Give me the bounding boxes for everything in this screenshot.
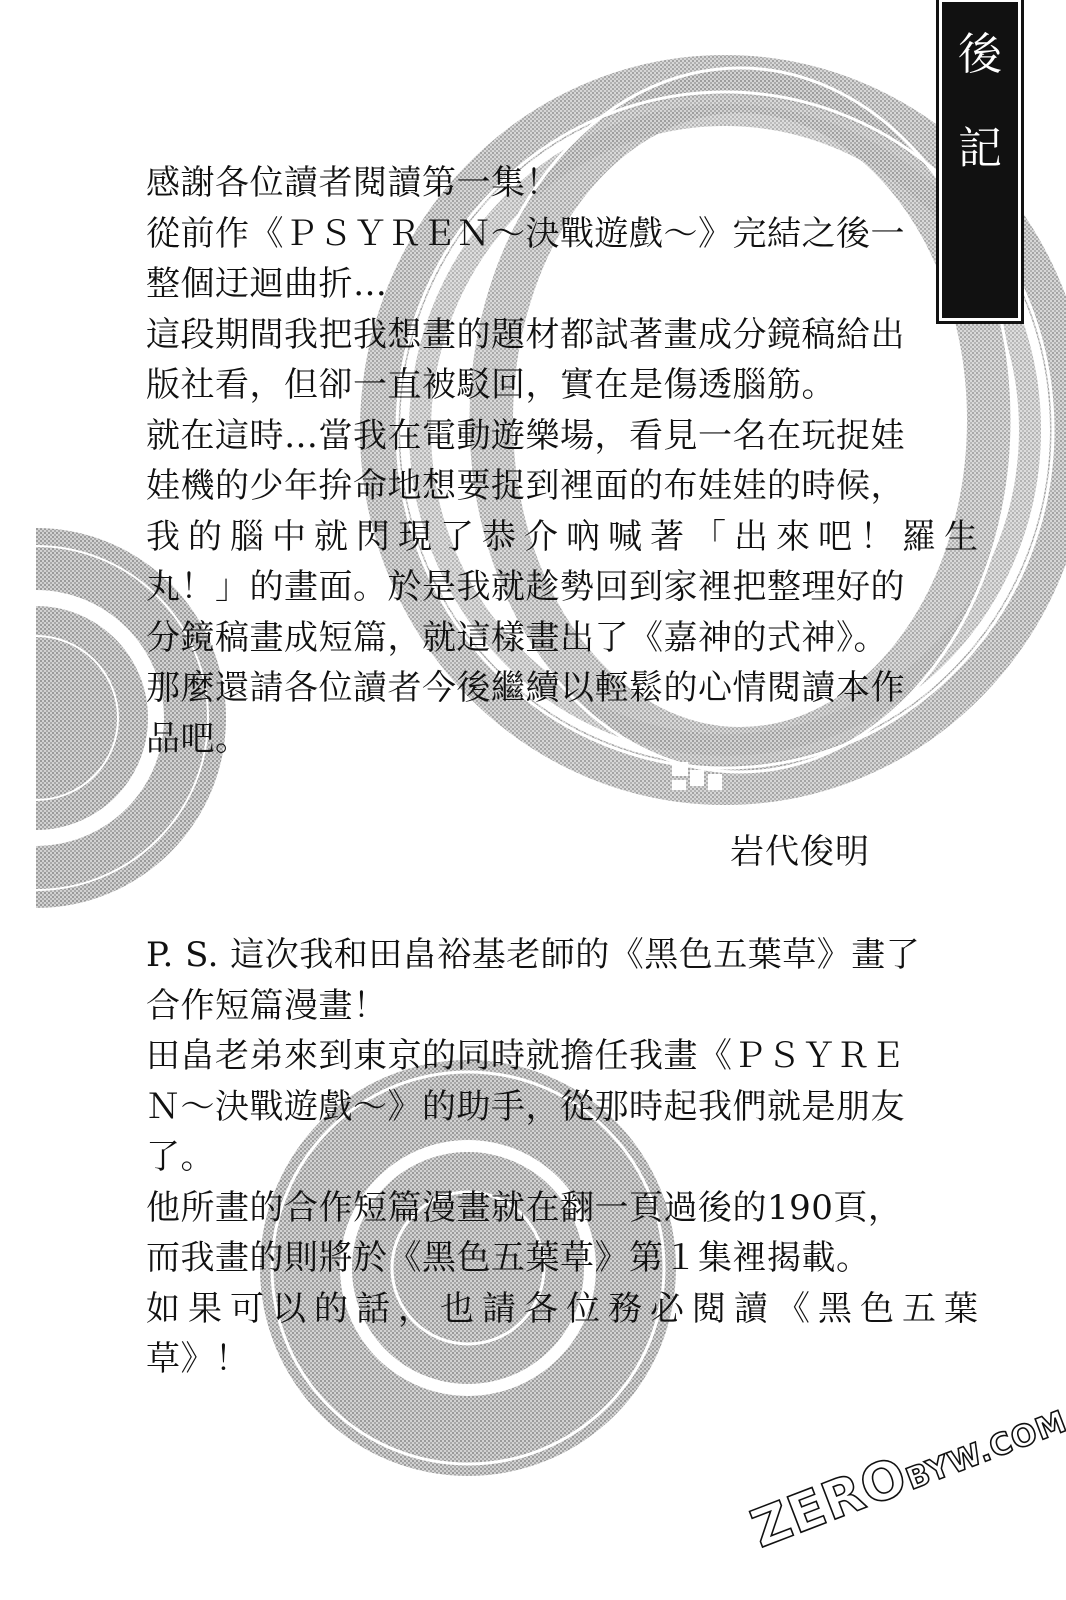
body-line: 這段期間我把我想畫的題材都試著畫成分鏡稿給出 <box>146 310 906 361</box>
body-line: 從前作《ＰＳＹＲＥＮ～決戰遊戲～》完結之後一 <box>146 209 906 260</box>
ps-line: 如果可以的話，也請各位務必閱讀《黑色五葉 <box>146 1284 906 1335</box>
ps-line: 草》！ <box>146 1334 906 1385</box>
body-line: 版社看，但卻一直被駁回，實在是傷透腦筋。 <box>146 360 906 411</box>
postscript-body: P. S. 這次我和田畠裕基老師的《黑色五葉草》畫了 合作短篇漫畫！ 田畠老弟來… <box>146 930 906 1385</box>
body-line: 我的腦中就閃現了恭介吶喊著「出來吧！羅生 <box>146 512 906 563</box>
body-line: 那麼還請各位讀者今後繼續以輕鬆的心情閱讀本作 <box>146 663 906 714</box>
body-line: 整個迂迴曲折… <box>146 259 906 310</box>
ps-line: 田畠老弟來到東京的同時就擔任我畫《ＰＳＹＲＥ <box>146 1031 906 1082</box>
ps-line: 他所畫的合作短篇漫畫就在翻一頁過後的190頁， <box>146 1183 906 1234</box>
afterword-title-box: 後 記 <box>936 0 1024 324</box>
ps-line: P. S. 這次我和田畠裕基老師的《黑色五葉草》畫了 <box>146 930 906 981</box>
body-line: 娃機的少年拚命地想要捉到裡面的布娃娃的時候， <box>146 461 906 512</box>
body-line: 感謝各位讀者閱讀第一集！ <box>146 158 906 209</box>
title-char-1: 後 <box>958 33 1002 77</box>
ps-line: 合作短篇漫畫！ <box>146 981 906 1032</box>
ps-line: 了。 <box>146 1132 906 1183</box>
ps-line: Ｎ～決戰遊戲～》的助手，從那時起我們就是朋友 <box>146 1082 906 1133</box>
body-line: 品吧。 <box>146 714 906 765</box>
afterword-body: 感謝各位讀者閱讀第一集！ 從前作《ＰＳＹＲＥＮ～決戰遊戲～》完結之後一 整個迂迴… <box>146 158 906 764</box>
body-line: 分鏡稿畫成短篇，就這樣畫出了《嘉神的式神》。 <box>146 613 906 664</box>
ps-line: 而我畫的則將於《黑色五葉草》第１集裡揭載。 <box>146 1233 906 1284</box>
body-line: 就在這時…當我在電動遊樂場，看見一名在玩捉娃 <box>146 411 906 462</box>
author-signature: 岩代俊明 <box>730 830 870 874</box>
title-char-2: 記 <box>958 127 1002 171</box>
body-line: 丸！」的畫面。於是我就趁勢回到家裡把整理好的 <box>146 562 906 613</box>
